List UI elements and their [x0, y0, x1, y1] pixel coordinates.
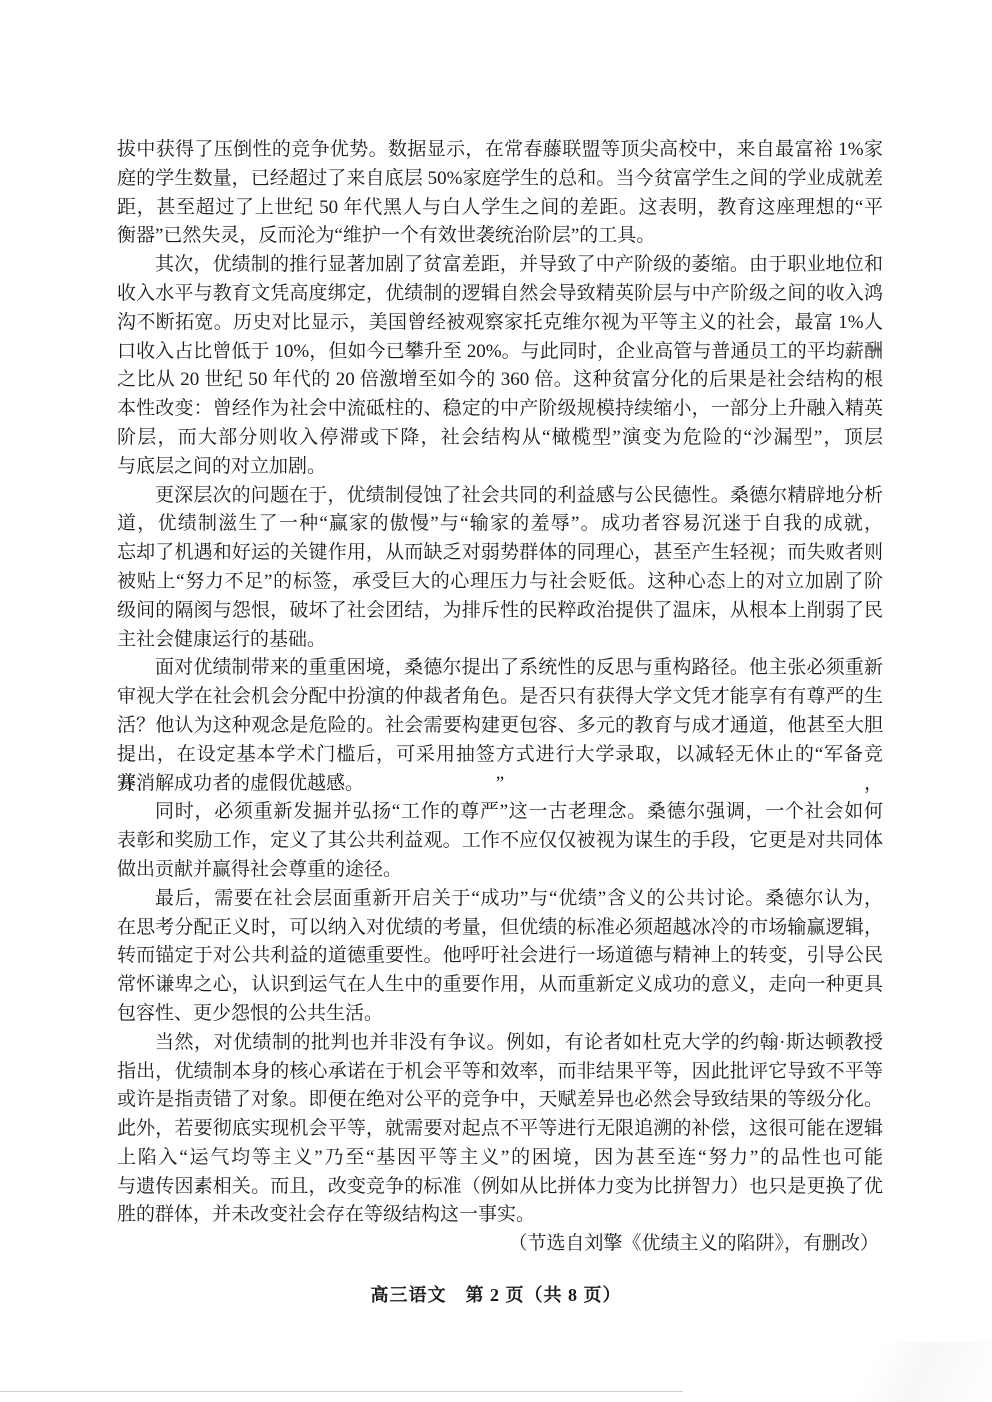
text-line: 道，优绩制滋生了一种“赢家的傲慢”与“输家的羞辱”。成功者容易沉迷于自我的成就， [117, 510, 883, 539]
text-line: 审视大学在社会机会分配中扮演的仲裁者角色。是否只有获得大学文凭才能享有有尊严的生 [117, 683, 883, 712]
text-line: 主社会健康运行的基础。 [117, 626, 883, 655]
text-line: 指出，优绩制本身的核心承诺在于机会平等和效率，而非结果平等，因此批评它导致不平等 [117, 1058, 883, 1087]
text-line: 忘却了机遇和好运的关键作用，从而缺乏对弱势群体的同理心，甚至产生轻视；而失败者则 [117, 539, 883, 568]
text-line: 在思考分配正义时，可以纳入对优绩的考量，但优绩的标准必须超越冰冷的市场输赢逻辑， [117, 914, 883, 943]
text-line: 或许是指责错了对象。即便在绝对公平的竞争中，天赋差异也必然会导致结果的等级分化。 [117, 1086, 883, 1115]
text-line: 庭的学生数量，已经超过了来自底层 50%家庭学生的总和。当今贫富学生之间的学业成… [117, 165, 883, 194]
exam-page: 拔中获得了压倒性的竞争优势。数据显示，在常春藤联盟等顶尖高校中，来自最富裕 1%… [0, 0, 992, 1402]
text-line: 活？他认为这种观念是危险的。社会需要构建更包容、多元的教育与成才通道，他甚至大胆 [117, 712, 883, 741]
text-line: 级间的隔阂与怨恨，破坏了社会团结，为排斥性的民粹政治提供了温床，从根本上削弱了民 [117, 597, 883, 626]
text-line: 当然，对优绩制的批判也并非没有争议。例如，有论者如杜克大学的约翰·斯达顿教授 [117, 1029, 883, 1058]
text-line: 上陷入“运气均等主义”乃至“基因平等主义”的困境，因为甚至连“努力”的品性也可能 [117, 1144, 883, 1173]
text-line: 与底层之间的对立加剧。 [117, 453, 883, 482]
text-line: 其次，优绩制的推行显著加剧了贫富差距，并导致了中产阶级的萎缩。由于职业地位和 [117, 251, 883, 280]
text-line: 衡器”已然失灵，反而沦为“维护一个有效世袭统治阶层”的工具。 [117, 222, 883, 251]
text-line: 拔中获得了压倒性的竞争优势。数据显示，在常春藤联盟等顶尖高校中，来自最富裕 1%… [117, 136, 883, 165]
text-line: 做出贡献并赢得社会尊重的途径。 [117, 856, 883, 885]
text-line: 同时，必须重新发掘并弘扬“工作的尊严”这一古老理念。桑德尔强调，一个社会如何 [117, 798, 883, 827]
text-line: 沟不断拓宽。历史对比显示，美国曾经被观察家托克维尔视为平等主义的社会，最富 1%… [117, 309, 883, 338]
text-line: 胜的群体，并未改变社会存在等级结构这一事实。 [117, 1201, 883, 1230]
text-line: 与遗传因素相关。而且，改变竞争的标准（例如从比拼体力变为比拼智力）也只是更换了优 [117, 1173, 883, 1202]
text-line: 此外，若要彻底实现机会平等，就需要对起点不平等进行无限追溯的补偿，这很可能在逻辑 [117, 1115, 883, 1144]
attribution-line: （节选自刘擎《优绩主义的陷阱》，有删改） [117, 1230, 883, 1259]
text-line: 最后，需要在社会层面重新开启关于“成功”与“优绩”含义的公共讨论。桑德尔认为， [117, 885, 883, 914]
text-line: 口收入占比曾低于 10%，但如今已攀升至 20%。与此同时，企业高管与普通员工的… [117, 338, 883, 367]
text-line: 包容性、更少怨恨的公共生活。 [117, 1000, 883, 1029]
body-lines: 拔中获得了压倒性的竞争优势。数据显示，在常春藤联盟等顶尖高校中，来自最富裕 1%… [117, 136, 883, 1230]
text-line: 更深层次的问题在于，优绩制侵蚀了社会共同的利益感与公民德性。桑德尔精辟地分析 [117, 482, 883, 511]
text-line: 常怀谦卑之心，认识到运气在人生中的重要作用，从而重新定义成功的意义，走向一种更具 [117, 971, 883, 1000]
text-line: 本性改变：曾经作为社会中流砥柱的、稳定的中产阶级规模持续缩小，一部分上升融入精英 [117, 395, 883, 424]
text-line: 表彰和奖励工作，定义了其公共利益观。工作不应仅仅被视为谋生的手段，它更是对共同体 [117, 827, 883, 856]
text-line: 被贴上“努力不足”的标签，承受巨大的心理压力与社会贬低。这种心态上的对立加剧了阶 [117, 568, 883, 597]
text-line: 提出，在设定基本学术门槛后，可采用抽签方式进行大学录取，以减轻无休止的“军备竞赛… [117, 741, 883, 770]
text-line: 转而锚定于对公共利益的道德重要性。他呼吁社会进行一场道德与精神上的转变，引导公民 [117, 942, 883, 971]
text-line: 阶层，而大部分则收入停滞或下降，社会结构从“橄榄型”演变为危险的“沙漏型”，顶层 [117, 424, 883, 453]
text-line: 距，甚至超过了上世纪 50 年代黑人与白人学生之间的差距。这表明，教育这座理想的… [117, 194, 883, 223]
text-line: 收入水平与教育文凭高度绑定，优绩制的逻辑自然会导致精英阶层与中产阶级之间的收入鸿 [117, 280, 883, 309]
page-footer: 高三语文 第 2 页（共 8 页） [0, 1281, 992, 1307]
scan-edge-line [0, 1391, 683, 1392]
text-line: 面对优绩制带来的重重困境，桑德尔提出了系统性的反思与重构路径。他主张必须重新 [117, 654, 883, 683]
body-text: 拔中获得了压倒性的竞争优势。数据显示，在常春藤联盟等顶尖高校中，来自最富裕 1%… [117, 136, 883, 1259]
text-line: 之比从 20 世纪 50 年代的 20 倍激增至如今的 360 倍。这种贫富分化… [117, 366, 883, 395]
scan-corner-shade [672, 1342, 992, 1402]
